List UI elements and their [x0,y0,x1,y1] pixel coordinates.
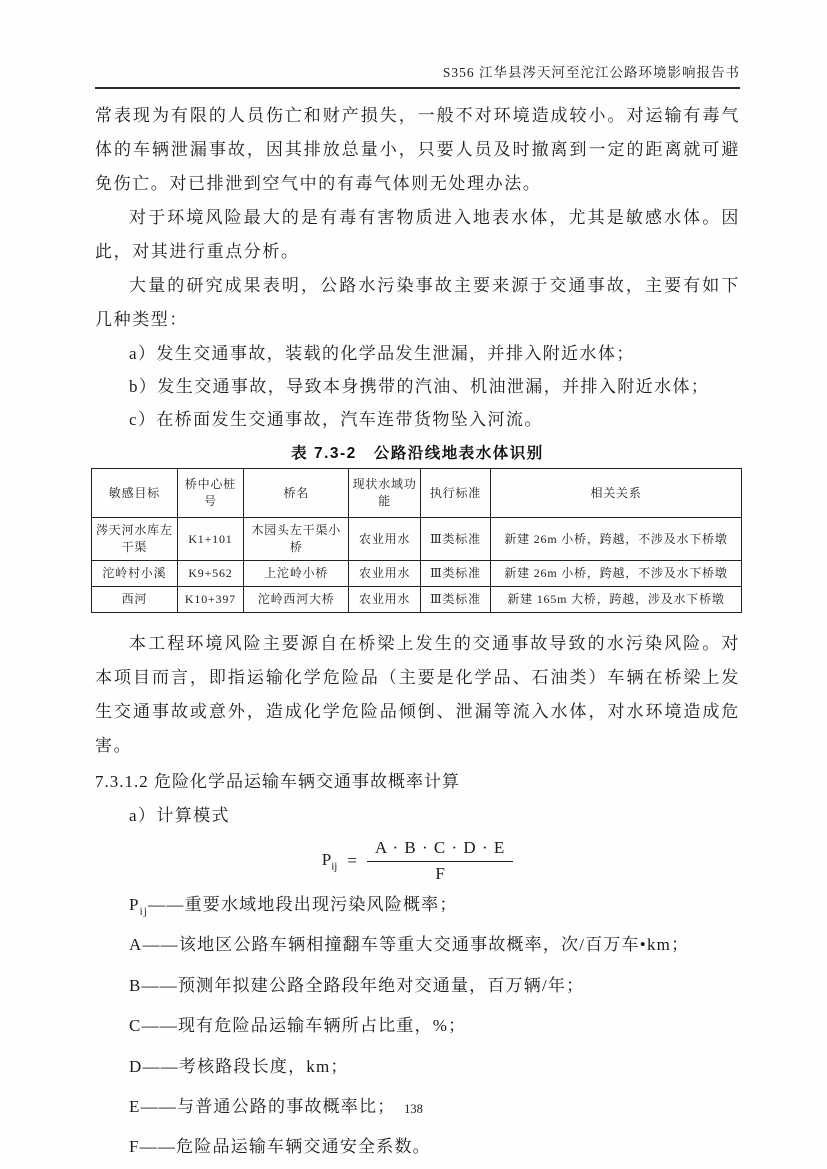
formula-lhs: Pij [322,850,338,872]
cell-standard: Ⅲ类标准 [420,587,490,613]
cell-relation: 新建 26m 小桥，跨越，不涉及水下桥墩 [491,518,742,561]
cell-bridge-name: 木园头左干渠小桥 [244,518,349,561]
cell-stake: K9+562 [177,561,243,587]
definition-pij: Pij——重要水域地段出现污染风险概率； [95,888,740,928]
water-body-identification-table: 敏感目标 桥中心桩号 桥名 现状水域功能 执行标准 相关关系 涔天河水库左干渠 … [91,468,742,613]
header-rule [95,87,740,89]
cell-standard: Ⅲ类标准 [420,518,490,561]
cell-standard: Ⅲ类标准 [420,561,490,587]
col-header-water-function: 现状水域功能 [349,469,421,518]
list-item-a: a）发生交通事故，装载的化学品发生泄漏，并排入附近水体； [95,337,740,370]
cell-stake: K1+101 [177,518,243,561]
table-caption: 表 7.3-2 公路沿线地表水体识别 [95,441,740,463]
document-page: S356 江华县涔天河至沱江公路环境影响报告书 常表现为有限的人员伤亡和财产损失… [0,0,827,1169]
col-header-sensitive-target: 敏感目标 [92,469,178,518]
col-header-standard: 执行标准 [420,469,490,518]
list-item-c: c）在桥面发生交通事故，汽车连带货物坠入河流。 [95,403,740,436]
definition-d: D——考核路段长度，km； [95,1050,740,1090]
page-header: S356 江华县涔天河至沱江公路环境影响报告书 [95,64,740,89]
paragraph-project-risk: 本工程环境风险主要源自在桥梁上发生的交通事故导致的水污染风险。对本项目而言，即指… [95,627,740,763]
cell-relation: 新建 26m 小桥，跨越，不涉及水下桥墩 [491,561,742,587]
cell-water-function: 农业用水 [349,561,421,587]
definition-f: F——危险品运输车辆交通安全系数。 [95,1130,740,1169]
table-row: 沱岭村小溪 K9+562 上沱岭小桥 农业用水 Ⅲ类标准 新建 26m 小桥，跨… [92,561,742,587]
cell-bridge-name: 沱岭西河大桥 [244,587,349,613]
definition-a: A——该地区公路车辆相撞翻车等重大交通事故概率，次/百万车•km； [95,928,740,968]
cell-water-function: 农业用水 [349,587,421,613]
formula-fraction: A · B · C · D · E F [367,838,513,884]
definition-c: C——现有危险品运输车辆所占比重，%； [95,1009,740,1049]
cell-relation: 新建 165m 大桥，跨越，涉及水下桥墩 [491,587,742,613]
formula-denominator: F [367,862,513,884]
paragraph-accident-consequence: 常表现为有限的人员伤亡和财产损失，一般不对环境造成较小。对运输有毒气体的车辆泄漏… [95,99,740,201]
cell-sensitive-target: 西河 [92,587,178,613]
cell-water-function: 农业用水 [349,518,421,561]
paragraph-risk-focus: 对于环境风险最大的是有毒有害物质进入地表水体，尤其是敏感水体。因此，对其进行重点… [95,201,740,269]
table-header-row: 敏感目标 桥中心桩号 桥名 现状水域功能 执行标准 相关关系 [92,469,742,518]
paragraph-research-results: 大量的研究成果表明，公路水污染事故主要来源于交通事故，主要有如下几种类型： [95,269,740,337]
col-header-relation: 相关关系 [491,469,742,518]
cell-sensitive-target: 涔天河水库左干渠 [92,518,178,561]
col-header-bridge-center-stake: 桥中心桩号 [177,469,243,518]
cell-stake: K10+397 [177,587,243,613]
formula-equals: = [347,851,357,871]
col-header-bridge-name: 桥名 [244,469,349,518]
calc-mode-label: a）计算模式 [95,799,740,832]
definition-b: B——预测年拟建公路全路段年绝对交通量，百万辆/年； [95,969,740,1009]
table-row: 涔天河水库左干渠 K1+101 木园头左干渠小桥 农业用水 Ⅲ类标准 新建 26… [92,518,742,561]
list-item-b: b）发生交通事故，导致本身携带的汽油、机油泄漏，并排入附近水体； [95,370,740,403]
cell-sensitive-target: 沱岭村小溪 [92,561,178,587]
cell-bridge-name: 上沱岭小桥 [244,561,349,587]
table-row: 西河 K10+397 沱岭西河大桥 农业用水 Ⅲ类标准 新建 165m 大桥，跨… [92,587,742,613]
probability-formula: Pij = A · B · C · D · E F [95,838,740,884]
formula-numerator: A · B · C · D · E [367,838,513,862]
section-heading-7312: 7.3.1.2 危险化学品运输车辆交通事故概率计算 [95,765,740,799]
report-header-title: S356 江华县涔天河至沱江公路环境影响报告书 [95,64,740,82]
page-number: 138 [0,1102,827,1117]
